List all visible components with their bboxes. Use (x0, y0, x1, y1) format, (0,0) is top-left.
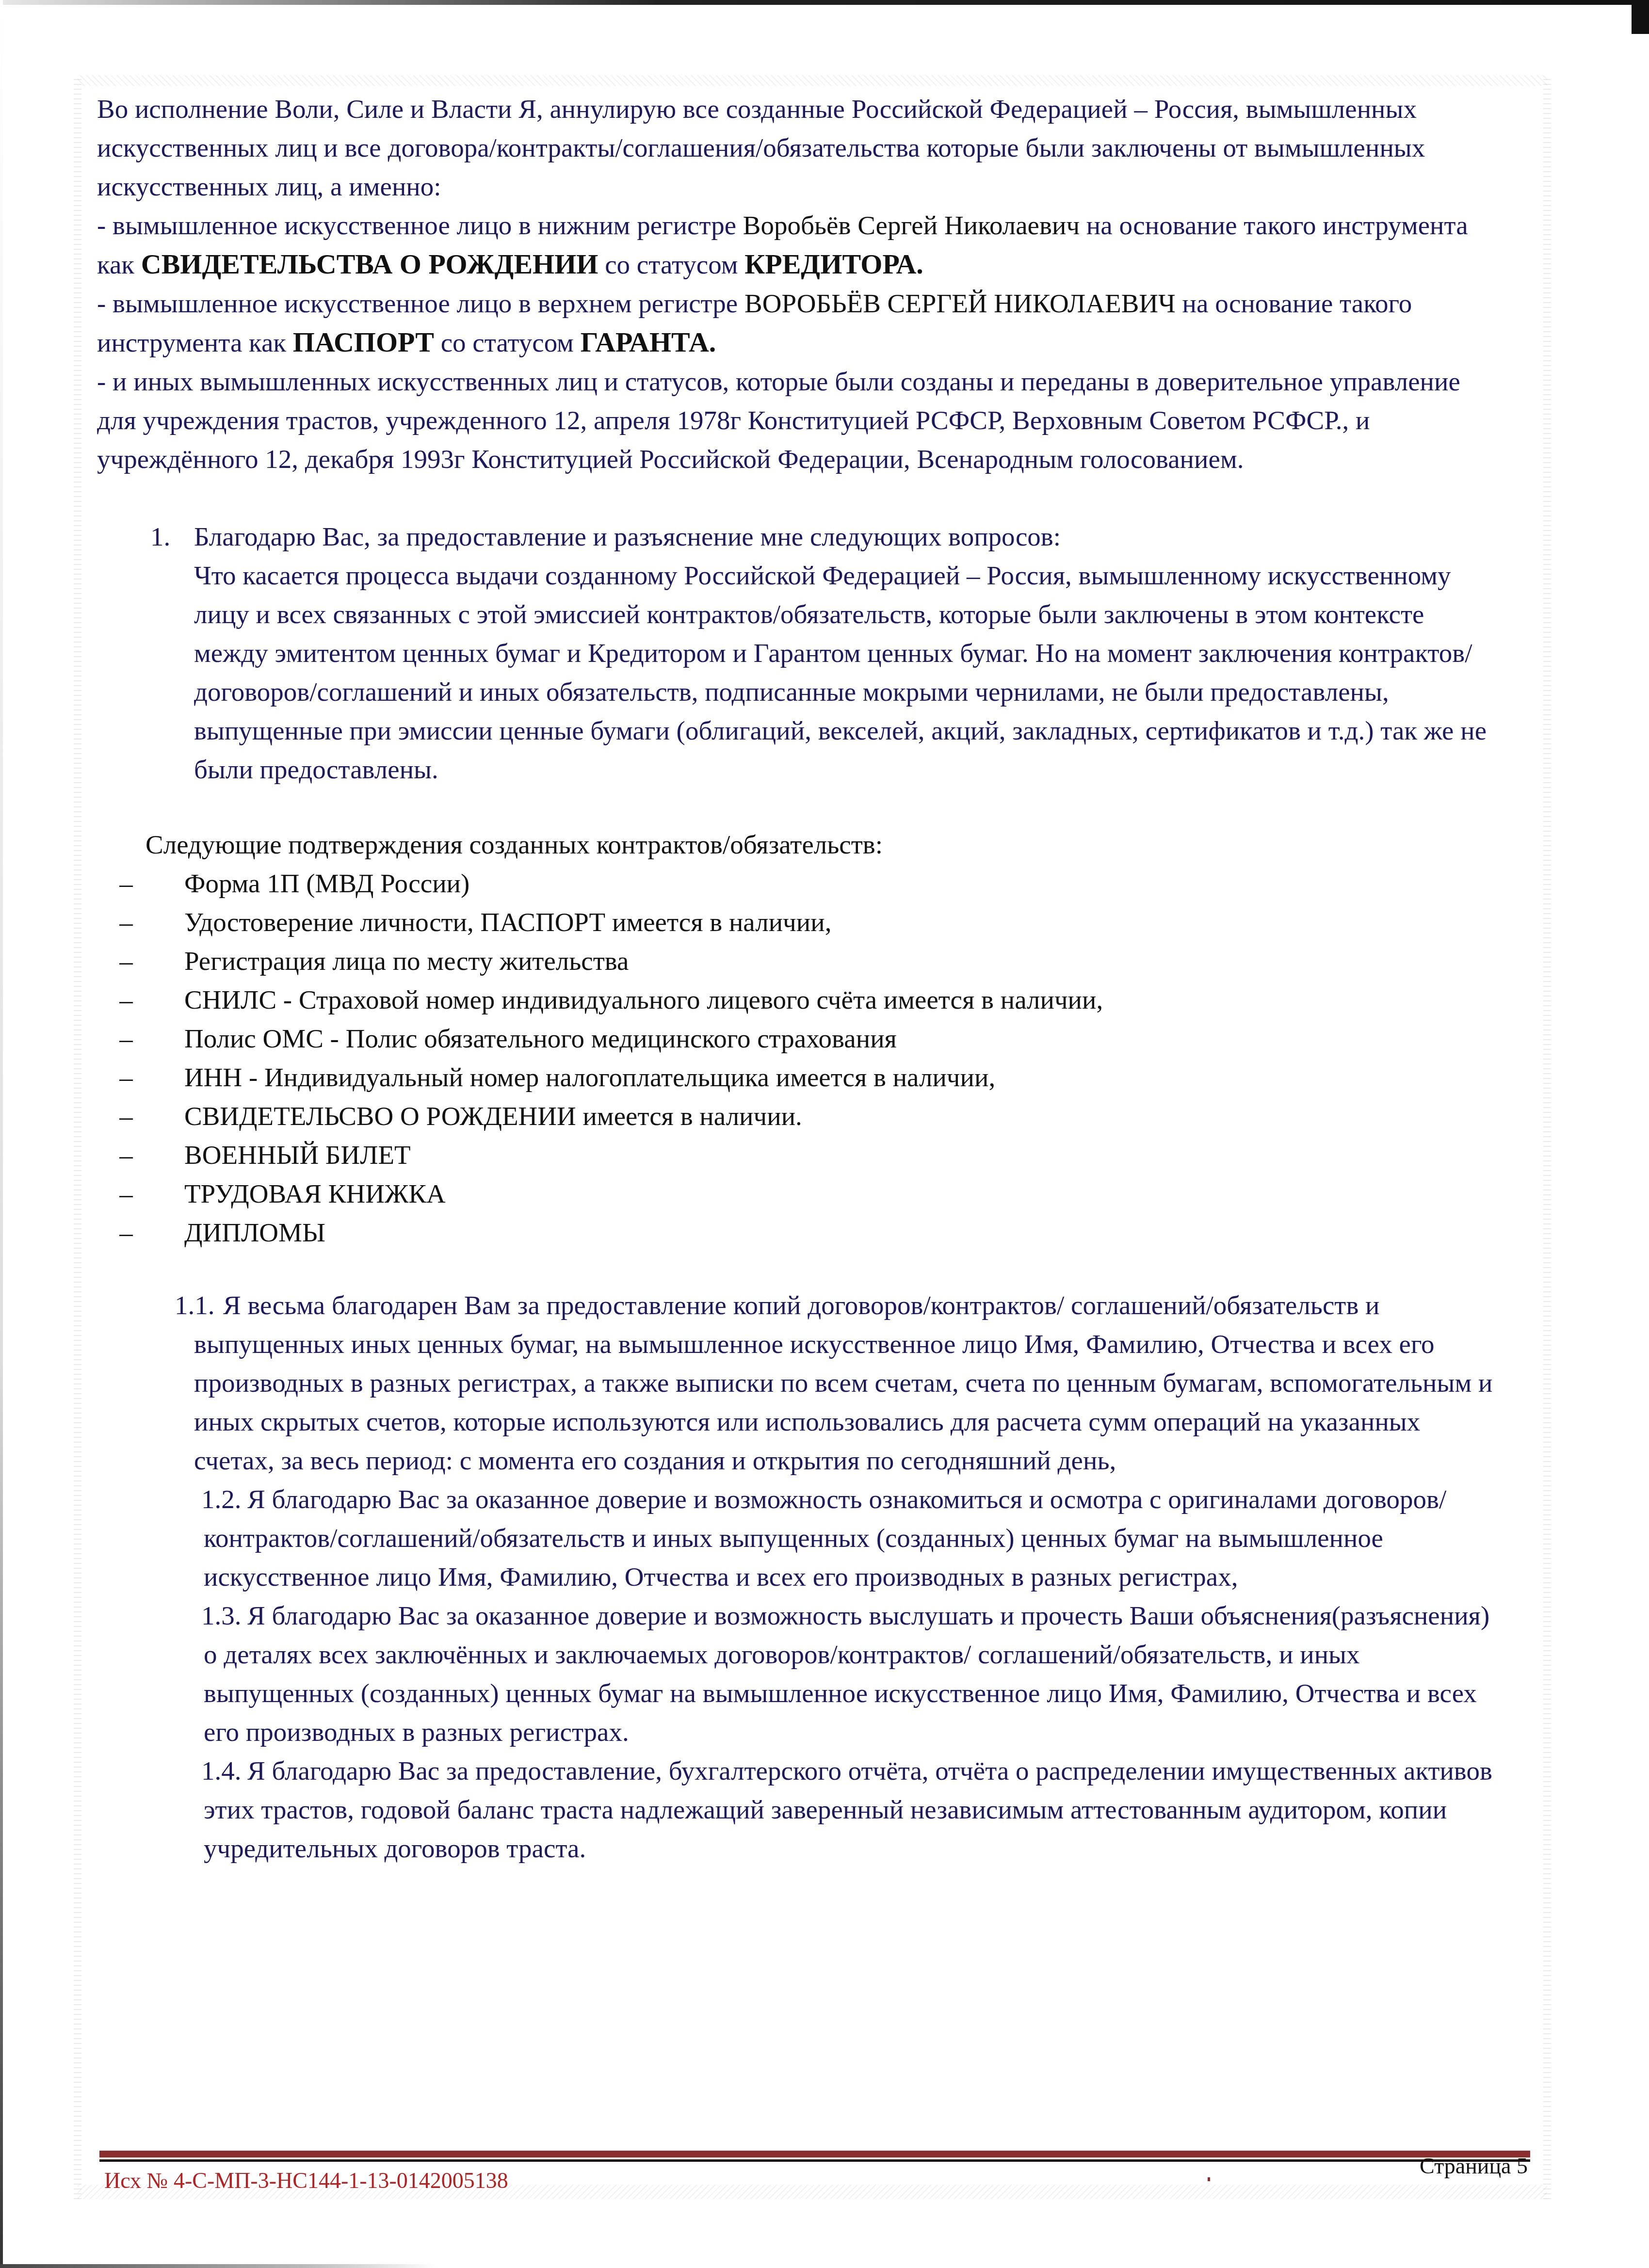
dash-bullet: – (97, 1058, 155, 1097)
dash-bullet: – (97, 1174, 155, 1213)
footer-divider (99, 2151, 1530, 2163)
list-item: –Форма 1П (МВД России) (97, 864, 1503, 903)
confirmations-list: –Форма 1П (МВД России) –Удостоверение ли… (97, 864, 1503, 1252)
list-item: –ВОЕННЫЙ БИЛЕТ (97, 1136, 1503, 1174)
list-item: –ИНН - Индивидуальный номер налогоплател… (97, 1058, 1503, 1097)
item1-heading: Благодарю Вас, за предоставление и разъя… (194, 517, 1503, 556)
entity2-status: ГАРАНТА. (581, 326, 716, 358)
list-item: –СВИДЕТЕЛЬСВО О РОЖДЕНИИ имеется в налич… (97, 1097, 1503, 1136)
dash-bullet: – (97, 1136, 155, 1174)
subitem-text: Я благодарю Вас за предоставление, бухга… (204, 1752, 1503, 1868)
subitem-number: 1.2. (201, 1480, 242, 1519)
subitems-section: 1.1. Я весьма благодарен Вам за предоста… (97, 1286, 1503, 1868)
list-item-text: Форма 1П (МВД России) (184, 869, 469, 898)
subitem-number: 1.4. (201, 1752, 242, 1790)
list-item-text: ТРУДОВАЯ КНИЖКА (184, 1179, 446, 1208)
entity2-instrument: ПАСПОРТ (293, 326, 434, 358)
subitem-text: Я весьма благодарен Вам за предоставлени… (194, 1286, 1503, 1480)
subitem-1-3: 1.3. Я благодарю Вас за оказанное довери… (97, 1596, 1503, 1752)
footer-divider-thin (99, 2159, 1530, 2162)
entity2-status-prefix: со статусом (434, 328, 581, 357)
intro-paragraph: Во исполнение Воли, Силе и Власти Я, анн… (97, 90, 1503, 206)
numbered-item-1: 1. Благодарю Вас, за предоставление и ра… (97, 517, 1503, 789)
entity-lowercase: - вымышленное искусственное лицо в нижни… (97, 206, 1503, 284)
list-item-text: Удостоверение личности, ПАСПОРТ имеется … (184, 907, 831, 937)
dash-bullet: – (97, 1213, 155, 1252)
subitem-number: 1.1. (175, 1286, 215, 1325)
outgoing-reference-number: Исх № 4-С-МП-3-НС144-1-13-0142005138 (104, 2168, 508, 2193)
entity2-name: ВОРОБЬЁВ СЕРГЕЙ НИКОЛАЕВИЧ (744, 289, 1176, 318)
list-item-text: ДИПЛОМЫ (184, 1218, 325, 1247)
intro-section: Во исполнение Воли, Силе и Власти Я, анн… (97, 90, 1503, 479)
list-item-text: СНИЛС - Страховой номер индивидуального … (184, 985, 1103, 1014)
list-item: –Удостоверение личности, ПАСПОРТ имеется… (97, 903, 1503, 942)
subitem-number: 1.3. (201, 1596, 242, 1635)
item1-number: 1. (150, 517, 170, 556)
subitem-1-4: 1.4. Я благодарю Вас за предоставление, … (97, 1752, 1503, 1868)
document-body: Во исполнение Воли, Силе и Власти Я, анн… (97, 90, 1503, 1868)
entity2-prefix: - вымышленное искусственное лицо в верхн… (97, 289, 744, 318)
list-item: –Полис ОМС - Полис обязательного медицин… (97, 1019, 1503, 1058)
list-item-text: ИНН - Индивидуальный номер налогоплатель… (184, 1062, 995, 1092)
list-item: –ТРУДОВАЯ КНИЖКА (97, 1174, 1503, 1213)
dash-bullet: – (97, 981, 155, 1019)
list-item-text: ВОЕННЫЙ БИЛЕТ (184, 1140, 411, 1170)
dash-bullet: – (97, 942, 155, 981)
list-item: –СНИЛС - Страховой номер индивидуального… (97, 981, 1503, 1019)
entity1-instrument: СВИДЕТЕЛЬСТВА О РОЖДЕНИИ (141, 248, 598, 280)
entity1-status-prefix: со статусом (598, 250, 744, 279)
subitem-1-2: 1.2. Я благодарю Вас за оказанное довери… (97, 1480, 1503, 1596)
list-item: –Регистрация лица по месту жительства (97, 942, 1503, 981)
trusts-paragraph: - и иных вымышленных искусственных лиц и… (97, 362, 1503, 479)
subitem-text: Я благодарю Вас за оказанное доверие и в… (204, 1480, 1503, 1596)
dash-bullet: – (97, 1019, 155, 1058)
list-item-text: СВИДЕТЕЛЬСВО О РОЖДЕНИИ имеется в наличи… (184, 1101, 802, 1131)
dash-bullet: – (97, 903, 155, 942)
footer-divider-thick (99, 2151, 1530, 2157)
dash-bullet: – (97, 864, 155, 903)
list-item: –ДИПЛОМЫ (97, 1213, 1503, 1252)
item1-body: Что касается процесса выдачи созданному … (194, 556, 1503, 789)
dash-bullet: – (97, 1097, 155, 1136)
list-item-text: Регистрация лица по месту жительства (184, 946, 629, 976)
entity1-name: Воробьёв Сергей Николаевич (743, 210, 1080, 240)
scan-edge-bottom (0, 2264, 436, 2268)
scan-speck (1208, 2177, 1210, 2181)
scan-edge-right (1632, 0, 1649, 34)
entity1-prefix: - вымышленное искусственное лицо в нижни… (97, 210, 743, 240)
confirmations-title: Следующие подтверждения созданных контра… (145, 825, 1503, 864)
entity-uppercase: - вымышленное искусственное лицо в верхн… (97, 284, 1503, 362)
list-item-text: Полис ОМС - Полис обязательного медицинс… (184, 1024, 897, 1053)
scan-edge-top (0, 0, 1649, 5)
entity1-status: КРЕДИТОРА. (744, 248, 923, 280)
subitem-text: Я благодарю Вас за оказанное доверие и в… (204, 1596, 1503, 1752)
scan-edge-left (0, 0, 3, 2268)
page-number: Страница 5 (1420, 2153, 1528, 2179)
subitem-1-1: 1.1. Я весьма благодарен Вам за предоста… (97, 1286, 1503, 1480)
